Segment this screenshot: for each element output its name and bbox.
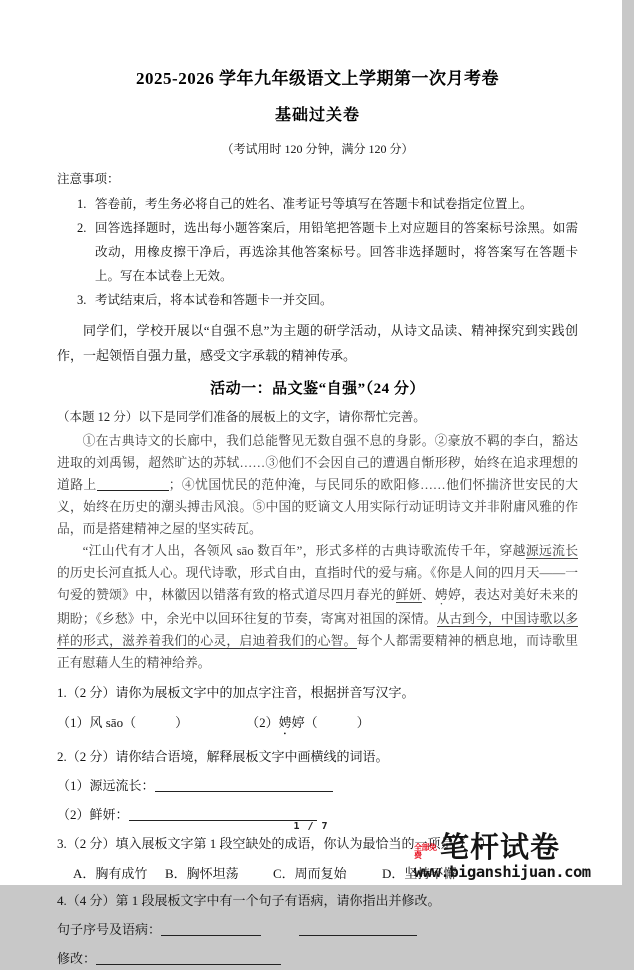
notice-item-text: 答卷前，考生务必将自己的姓名、准考证号等填写在答题卡和试卷指定位置上。 <box>95 197 533 211</box>
answer-blank-line <box>129 808 317 821</box>
question-1-parts: （1）风 sāo（ ）（2）娉婷（ ） <box>57 713 578 738</box>
idiom-blank-line <box>97 478 169 491</box>
notice-item: 3.考试结束后，将本试卷和答题卡一并交回。 <box>57 288 578 312</box>
question-1-stem: 1.（2 分）请你为展板文字中的加点字注音，根据拼音写汉字。 <box>57 683 578 703</box>
q1-part1-pinyin-item: （1）风 sāo（ ） <box>57 715 188 730</box>
biganshijuan-logo: 全部免费 笔杆试卷 www.biganshijuan.com <box>414 834 622 881</box>
display-board-paragraph-1: ①在古典诗文的长廊中，我们总能瞥见无数自强不息的身影。②豪放不羁的李白，豁达进取… <box>57 430 578 540</box>
answer-blank-line <box>155 779 333 792</box>
q2-part1-label: （1）源远流长： <box>57 778 155 793</box>
q1-dotted-char-ping: 娉 <box>279 715 292 730</box>
viewer-background-right-edge <box>622 0 634 893</box>
brand-free-tag: 全部免费 <box>414 844 440 863</box>
notice-item: 1.答卷前，考生务必将自己的姓名、准考证号等填写在答题卡和试卷指定位置上。 <box>57 192 578 216</box>
brand-name: 笔杆试卷 <box>440 834 560 863</box>
underlined-word-xianyan: 鲜妍 <box>396 588 422 603</box>
notice-item-number: 1. <box>77 192 86 216</box>
activity-one-heading: 活动一：品文鉴“自强”（24 分） <box>57 377 578 398</box>
notice-section: 注意事项： 1.答卷前，考生务必将自己的姓名、准考证号等填写在答题卡和试卷指定位… <box>57 167 578 312</box>
dotted-char-ping: 娉 <box>435 588 448 602</box>
notice-item-number: 3. <box>77 288 86 312</box>
exam-page: 2025-2026 学年九年级语文上学期第一次月考卷 基础过关卷 （考试用时 1… <box>0 0 622 885</box>
question-2-stem: 2.（2 分）请你结合语境，解释展板文字中画横线的词语。 <box>57 747 578 767</box>
page-content: 2025-2026 学年九年级语文上学期第一次月考卷 基础过关卷 （考试用时 1… <box>0 0 622 885</box>
notice-item-text: 回答选择题时，选出每小题答案后，用铅笔把答题卡上对应题目的答案标号涂黑。如需改动… <box>95 221 578 283</box>
question-2-part-1: （1）源远流长： <box>57 776 578 796</box>
option-c: C．周而复始 <box>273 863 382 882</box>
q1-part2-suffix: 婷（ ） <box>292 715 370 730</box>
option-b: B．胸怀坦荡 <box>165 863 273 882</box>
passage-text: 、 <box>422 588 435 602</box>
exam-subtitle: 基础过关卷 <box>57 102 578 125</box>
exam-duration-score: （考试用时 120 分钟，满分 120 分） <box>57 140 578 157</box>
display-board-paragraph-2: “江山代有才人出，各领风 sāo 数百年”，形式多样的古典诗歌流传千年，穿越源远… <box>57 540 578 674</box>
option-a: A．胸有成竹 <box>73 863 165 882</box>
notice-item: 2.回答选择题时，选出每小题答案后，用铅笔把答题卡上对应题目的答案标号涂黑。如需… <box>57 216 578 288</box>
underlined-word-yuanyuanliuchang: 源远流长 <box>526 544 578 559</box>
exam-title: 2025-2026 学年九年级语文上学期第一次月考卷 <box>57 64 578 89</box>
brand-row: 全部免费 笔杆试卷 <box>414 834 622 863</box>
passage-text: “江山代有才人出，各领风 sāo 数百年”，形式多样的古典诗歌流传千年，穿越 <box>83 544 526 558</box>
intro-paragraph: 同学们，学校开展以“自强不息”为主题的研学活动，从诗文品读、精神探究到实践创作，… <box>57 319 578 368</box>
brand-url: www.biganshijuan.com <box>414 865 622 881</box>
page-number: 1 / 7 <box>0 821 622 832</box>
viewer-background-bottom-edge <box>0 885 634 893</box>
q2-part2-label: （2）鲜妍： <box>57 807 129 822</box>
notice-item-number: 2. <box>77 216 86 240</box>
question-group-lead: （本题 12 分）以下是同学们准备的展板上的文字，请你帮忙完善。 <box>57 407 578 425</box>
q1-part2-prefix: （2） <box>246 715 279 730</box>
notice-item-text: 考试结束后，将本试卷和答题卡一并交回。 <box>95 293 333 307</box>
notice-heading: 注意事项： <box>57 167 578 191</box>
